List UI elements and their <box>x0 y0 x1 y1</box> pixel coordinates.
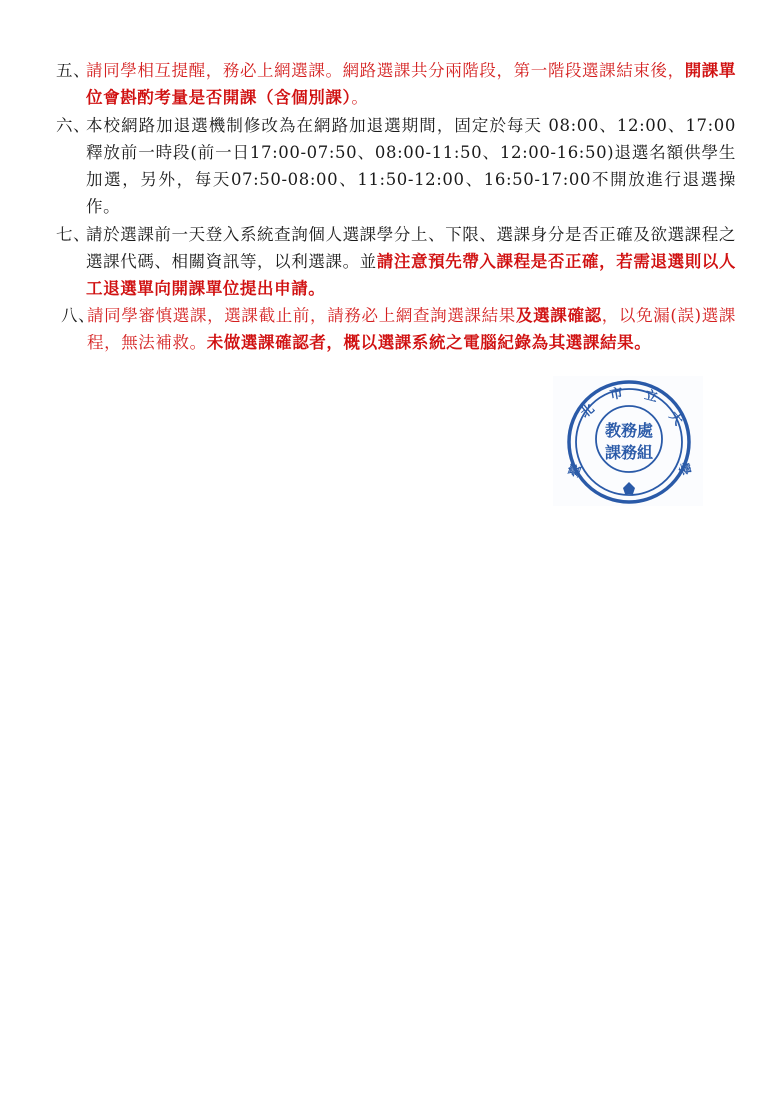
list-item-5: 五、 請同學相互提醒，務必上網選課。網路選課共分兩階段，第一階段選課結束後，開課… <box>56 57 736 111</box>
item-number: 七、 <box>56 221 90 248</box>
item-text: 請同學審慎選課，選課截止前，請務必上網查詢選課結果 <box>87 306 516 325</box>
item-text: 請同學相互提醒，務必上網選課。網路選課共分兩階段，第一階段選課結束後， <box>86 61 685 80</box>
item-number: 八、 <box>61 302 95 329</box>
item-text: 本校網路加退選機制修改為在網路加退選期間，固定於每天 08:00、12:00、1… <box>86 116 736 216</box>
item-text: 。 <box>351 88 368 107</box>
item-body: 本校網路加退選機制修改為在網路加退選期間，固定於每天 08:00、12:00、1… <box>86 112 736 220</box>
seal-inner-line-2: 課務組 <box>605 443 653 462</box>
document-page: 五、 請同學相互提醒，務必上網選課。網路選課共分兩階段，第一階段選課結束後，開課… <box>0 0 778 1100</box>
item-body: 請於選課前一天登入系統查詢個人選課學分上、下限、選課身分是否正確及欲選課程之選課… <box>86 221 736 302</box>
list-item-7: 七、 請於選課前一天登入系統查詢個人選課學分上、下限、選課身分是否正確及欲選課程… <box>56 221 736 302</box>
seal-inner-line-1: 教務處 <box>605 421 653 440</box>
item-number: 五、 <box>56 57 90 84</box>
seal-char: 市 <box>609 385 625 403</box>
list-item-6: 六、 本校網路加退選機制修改為在網路加退選期間，固定於每天 08:00、12:0… <box>56 112 736 220</box>
list-item-8: 八、 請同學審慎選課，選課截止前，請務必上網查詢選課結果及選課確認，以免漏(誤)… <box>61 302 736 356</box>
item-text-emphasis: 及選課確認 <box>516 306 602 325</box>
item-number: 六、 <box>56 112 90 139</box>
item-text-emphasis: 未做選課確認者，概以選課系統之電腦紀錄為其選課結果。 <box>207 333 652 352</box>
seal-icon: 臺 北 市 立 大 學 教務處 課務組 <box>553 376 703 506</box>
item-body: 請同學相互提醒，務必上網選課。網路選課共分兩階段，第一階段選課結束後，開課單位會… <box>86 57 736 111</box>
official-seal-stamp: 臺 北 市 立 大 學 教務處 課務組 <box>553 376 703 506</box>
item-body: 請同學審慎選課，選課截止前，請務必上網查詢選課結果及選課確認，以免漏(誤)選課程… <box>87 302 736 356</box>
